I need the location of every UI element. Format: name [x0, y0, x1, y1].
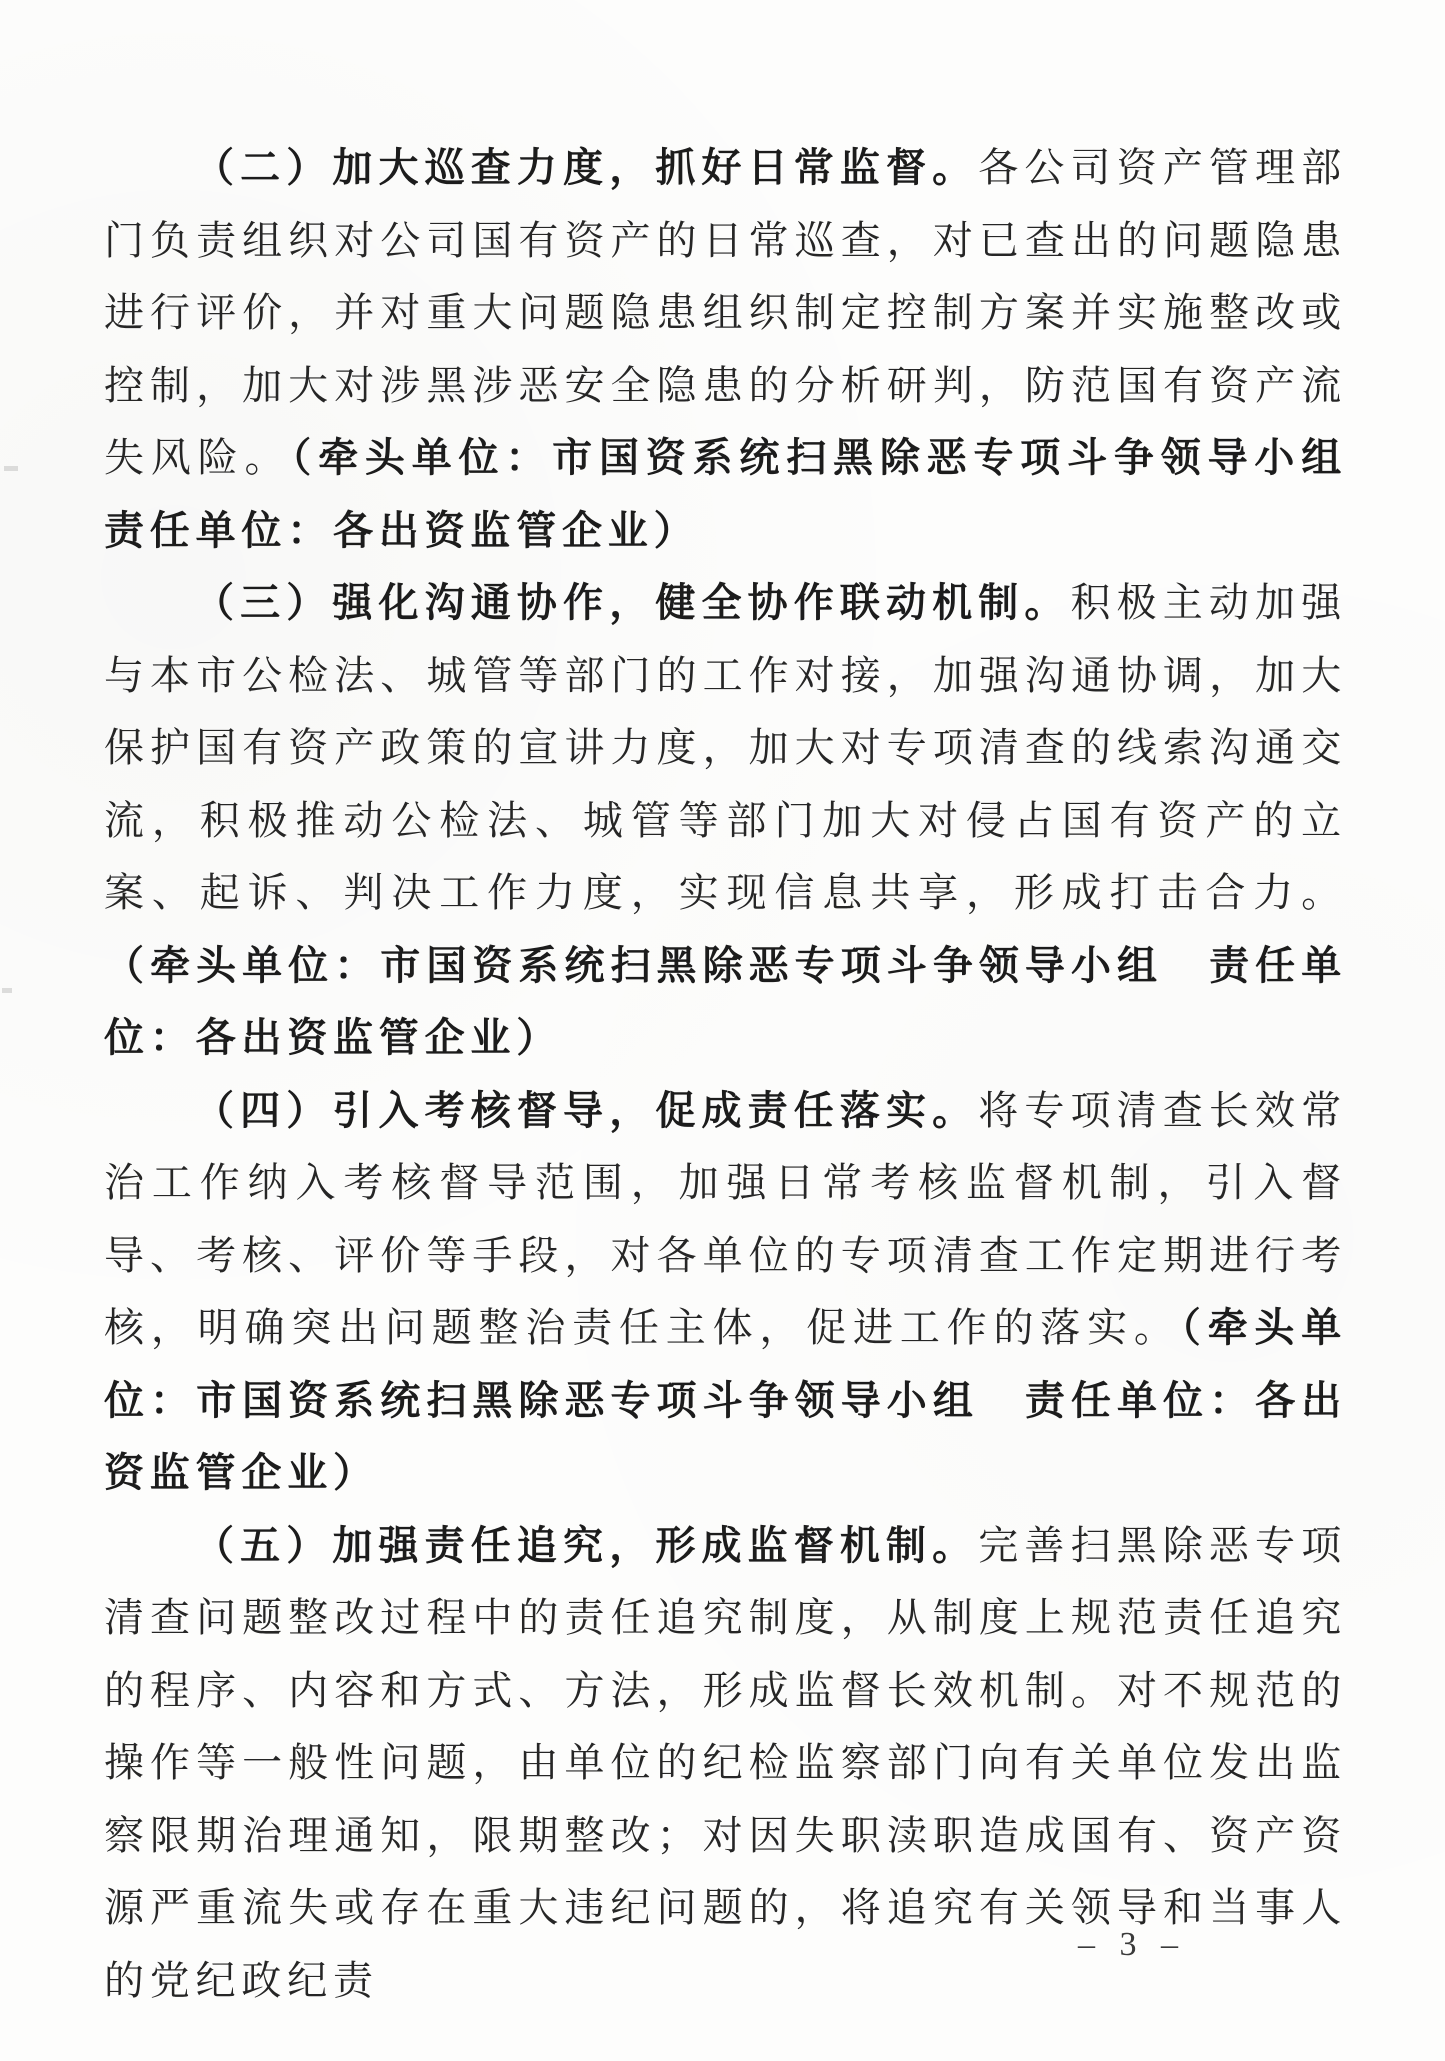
section-2-heading: （二）加大巡查力度，抓好日常监督。 [194, 145, 978, 190]
section-3-heading: （三）强化沟通协作，健全协作联动机制。 [194, 580, 1071, 625]
section-3-responsible-units: （牵头单位：市国资系统扫黑除恶专项斗争领导小组 责任单位：各出资监管企业） [104, 943, 1347, 1061]
paragraph-section-4: （四）引入考核督导，促成责任落实。将专项清查长效常治工作纳入考核督导范围，加强日… [104, 1075, 1347, 1510]
section-4-heading: （四）引入考核督导，促成责任落实。 [194, 1088, 978, 1133]
section-3-body: 积极主动加强与本市公检法、城管等部门的工作对接，加强沟通协调，加大保护国有资产政… [104, 580, 1347, 915]
scan-artifact [2, 988, 12, 993]
document-text-block: （二）加大巡查力度，抓好日常监督。各公司资产管理部门负责组织对公司国有资产的日常… [104, 132, 1347, 2017]
page-number: – 3 – [1078, 1926, 1186, 1964]
scanned-document-page: （二）加大巡查力度，抓好日常监督。各公司资产管理部门负责组织对公司国有资产的日常… [0, 0, 1445, 2061]
section-2-body: 各公司资产管理部门负责组织对公司国有资产的日常巡查，对已查出的问题隐患进行评价，… [104, 145, 1347, 480]
scan-artifact [4, 466, 18, 471]
section-5-heading: （五）加强责任追究，形成监督机制。 [194, 1523, 978, 1568]
section-2-responsible-units: （牵头单位：市国资系统扫黑除恶专项斗争领导小组 责任单位：各出资监管企业） [104, 435, 1393, 553]
paragraph-section-3: （三）强化沟通协作，健全协作联动机制。积极主动加强与本市公检法、城管等部门的工作… [104, 567, 1347, 1075]
paragraph-section-2: （二）加大巡查力度，抓好日常监督。各公司资产管理部门负责组织对公司国有资产的日常… [104, 132, 1347, 567]
